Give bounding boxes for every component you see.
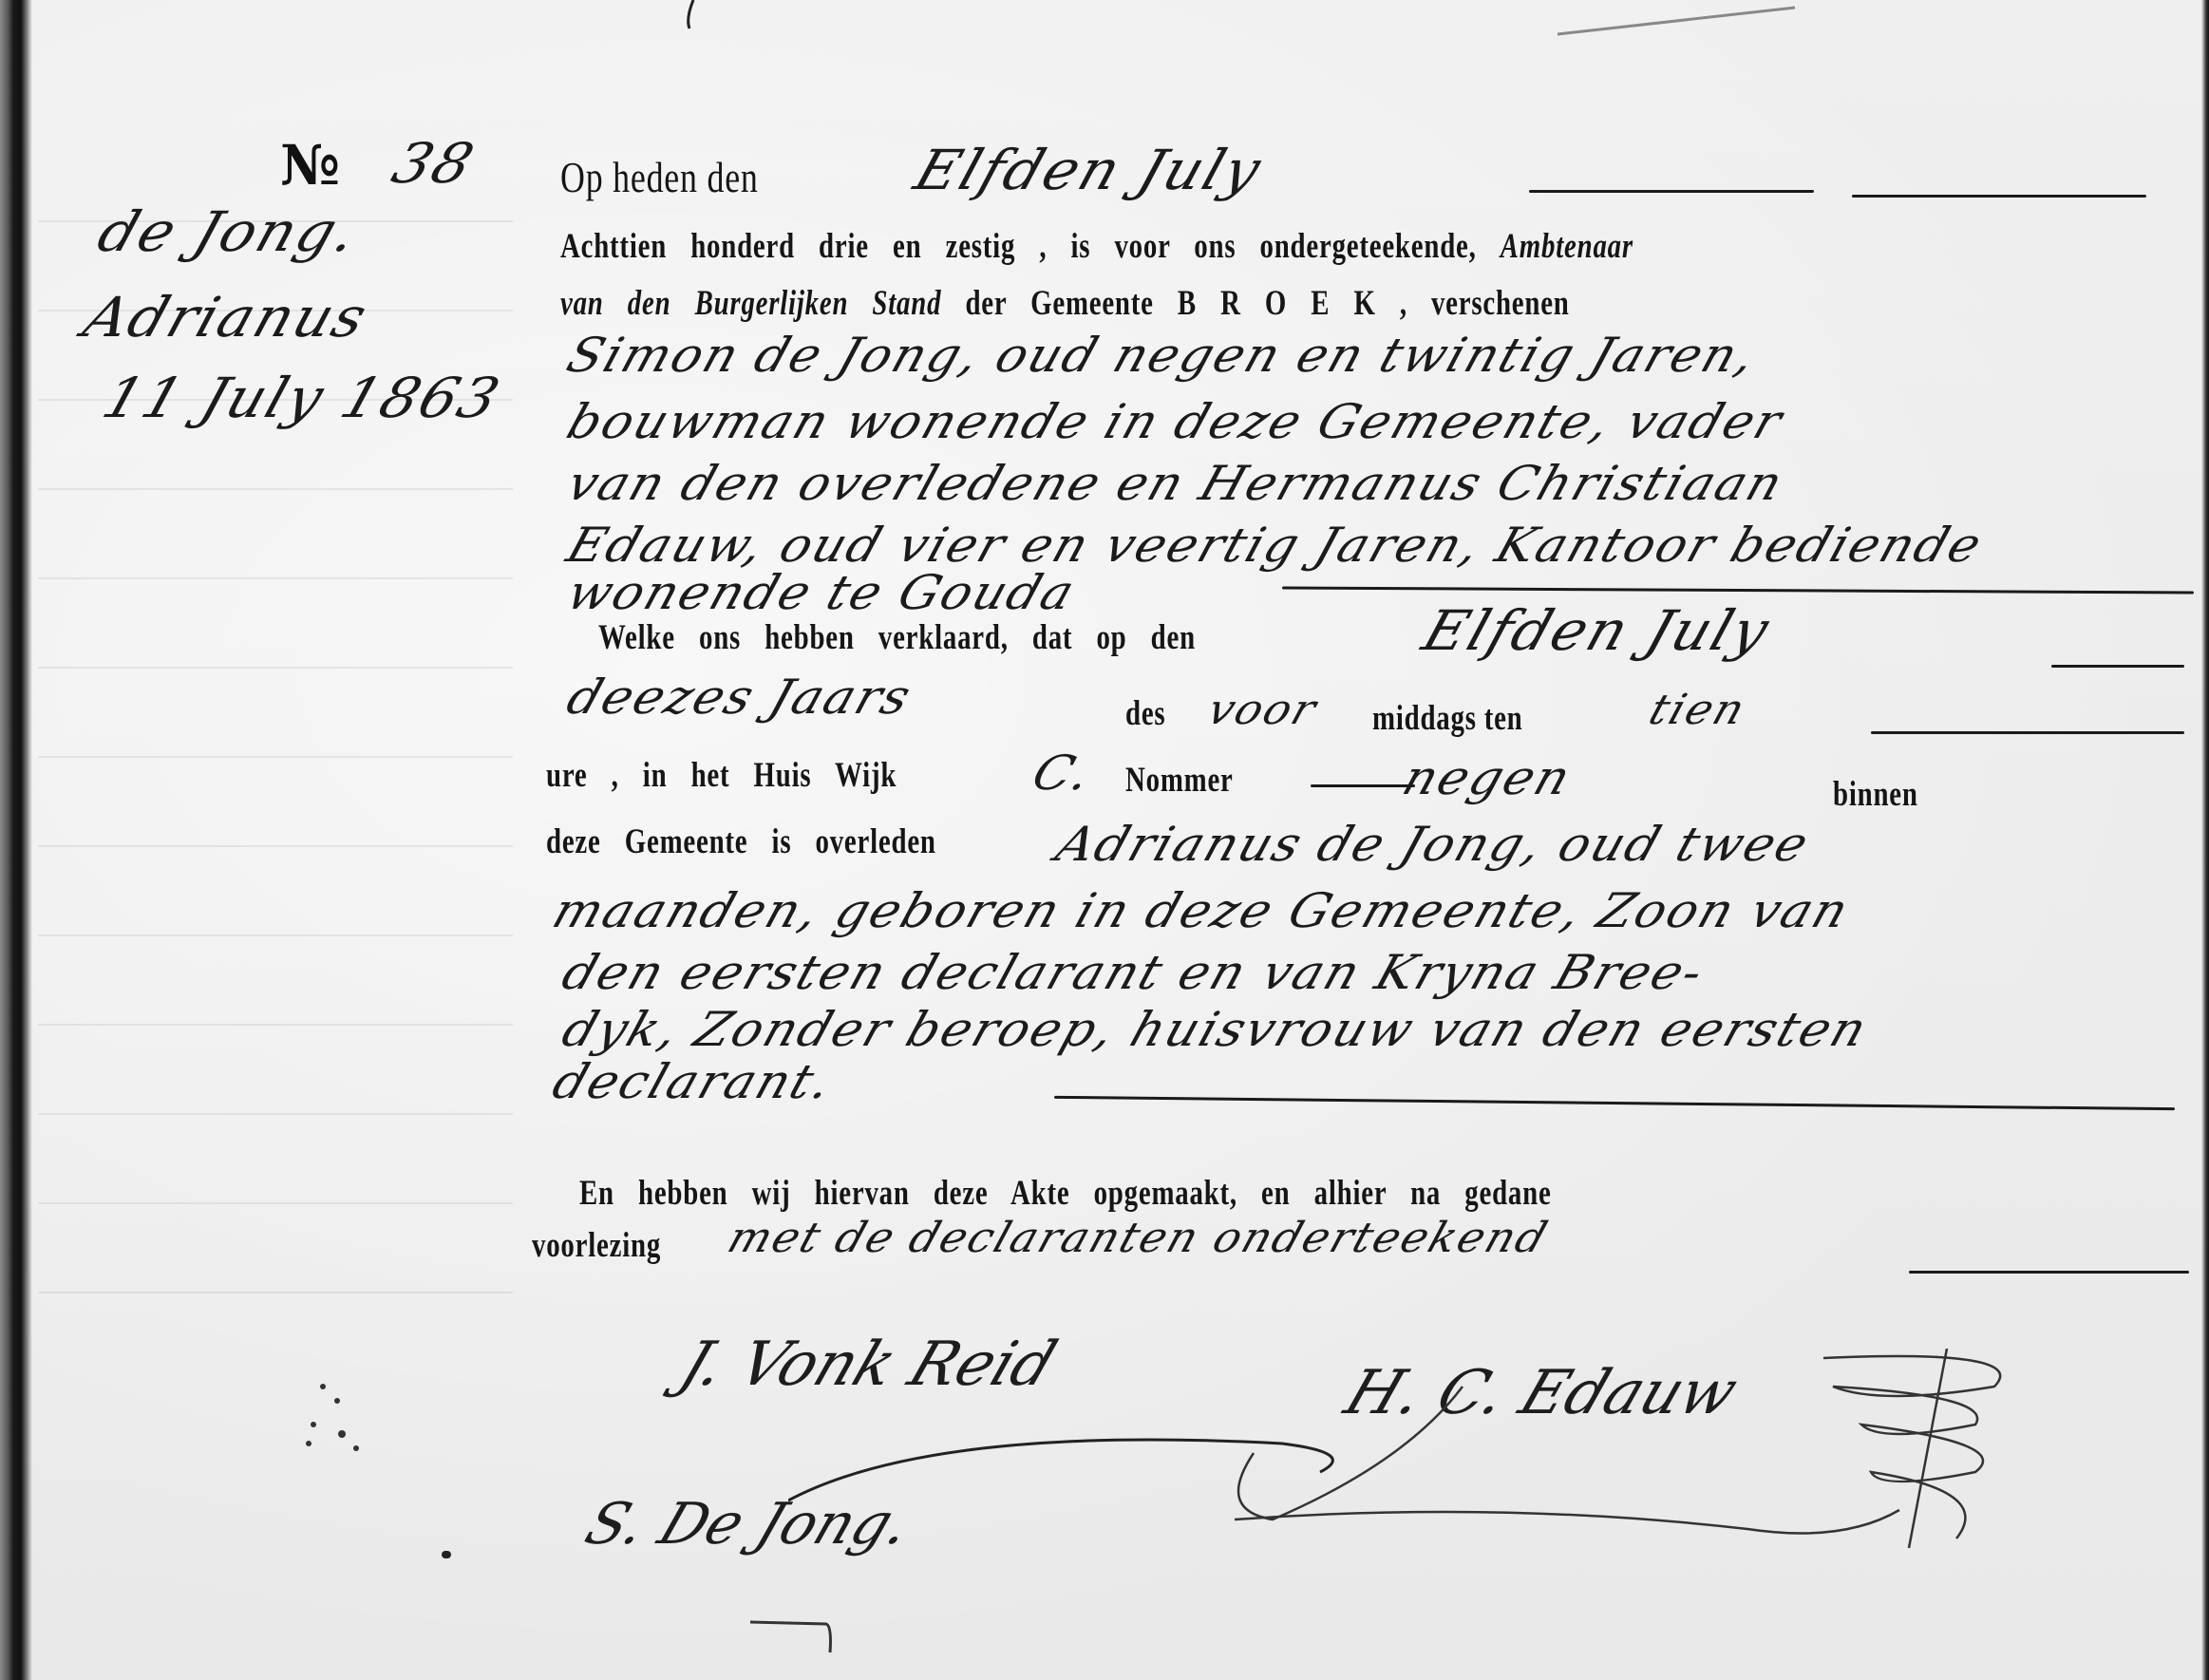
declarant-line-5: wonende te Gouda xyxy=(560,565,1083,620)
fill-line xyxy=(1909,1271,2189,1274)
signature-declarant: S. De Jong. xyxy=(576,1491,920,1557)
middags-printed: middags ten xyxy=(1372,698,1523,739)
stray-ink-dots xyxy=(285,1368,399,1463)
deceased-line-2: maanden, geboren in deze Gemeente, Zoon … xyxy=(546,883,1857,938)
fill-line xyxy=(2051,665,2184,668)
declarant-line-1: Simon de Jong, oud negen en twintig Jare… xyxy=(560,328,1765,383)
declarant-line-2: bouwman wonende in deze Gemeente, vader xyxy=(560,394,1790,449)
deceased-line-3: den eersten declarant en van Kryna Bree- xyxy=(556,945,1711,1000)
wijk-handwritten: C. xyxy=(1026,746,1100,801)
scanned-page: № 38 de Jong. Adrianus 11 July 1863 Op h… xyxy=(0,0,2209,1680)
year-printed: Achttien honderd drie en zestig , is voo… xyxy=(560,226,1633,267)
hour-handwritten: tien xyxy=(1643,686,1752,734)
deceased-line-5: declarant. xyxy=(546,1054,840,1109)
fill-line xyxy=(1054,1096,2175,1110)
margin-surname: de Jong. xyxy=(90,199,368,264)
declarant-line-3: van den overledene en Hermanus Christiaa… xyxy=(560,456,1791,511)
stray-ink-mark xyxy=(750,1614,864,1662)
stray-ink-mark xyxy=(1558,4,1804,42)
voorlezing-printed: voorlezing xyxy=(532,1225,661,1266)
municipality-name: B R O E K , xyxy=(1178,284,1407,323)
house-number-handwritten: negen xyxy=(1396,750,1579,805)
stray-ink-mark xyxy=(665,0,722,38)
voor-handwritten: voor xyxy=(1201,686,1324,734)
deceased-line-4: dyk, Zonder beroep, huisvrouw van den ee… xyxy=(556,1002,1876,1057)
numero-sign: № xyxy=(280,133,340,198)
margin-date: 11 July 1863 xyxy=(95,366,509,430)
signature-paraph xyxy=(1216,1349,2051,1567)
date-handwritten: Elfden July xyxy=(907,138,1271,202)
des-printed: des xyxy=(1125,693,1165,734)
page-right-edge xyxy=(2201,0,2209,1680)
fill-line xyxy=(1871,731,2184,734)
signature-official: J. Vonk Reid xyxy=(671,1330,1066,1400)
fill-line xyxy=(1529,190,1814,193)
registrar-printed: van den Burgerlijken Stand der Gemeente … xyxy=(560,283,1570,324)
closing-printed: En hebben wij hiervan deze Akte opgemaak… xyxy=(579,1173,1552,1214)
signing-handwritten: met de declaranten onderteekend xyxy=(722,1214,1555,1262)
deceased-printed: deze Gemeente is overleden xyxy=(546,821,936,862)
year-handwritten: deezes Jaars xyxy=(560,670,919,725)
page-binding-edge xyxy=(0,0,32,1680)
nommer-printed: Nommer xyxy=(1125,760,1234,801)
fill-line xyxy=(1311,784,1415,787)
fill-line xyxy=(1852,195,2146,198)
death-date-handwritten: Elfden July xyxy=(1415,598,1779,663)
fill-line xyxy=(1282,586,2194,594)
binnen-printed: binnen xyxy=(1833,774,1918,815)
house-printed: ure , in het Huis Wijk xyxy=(546,755,897,796)
intro-printed: Op heden den xyxy=(560,152,759,202)
declared-printed: Welke ons hebben verklaard, dat op den xyxy=(598,617,1196,658)
margin-given-name: Adrianus xyxy=(76,285,376,349)
stray-ink-mark xyxy=(442,1551,451,1558)
deceased-line-1: Adrianus de Jong, oud twee xyxy=(1049,817,1817,872)
